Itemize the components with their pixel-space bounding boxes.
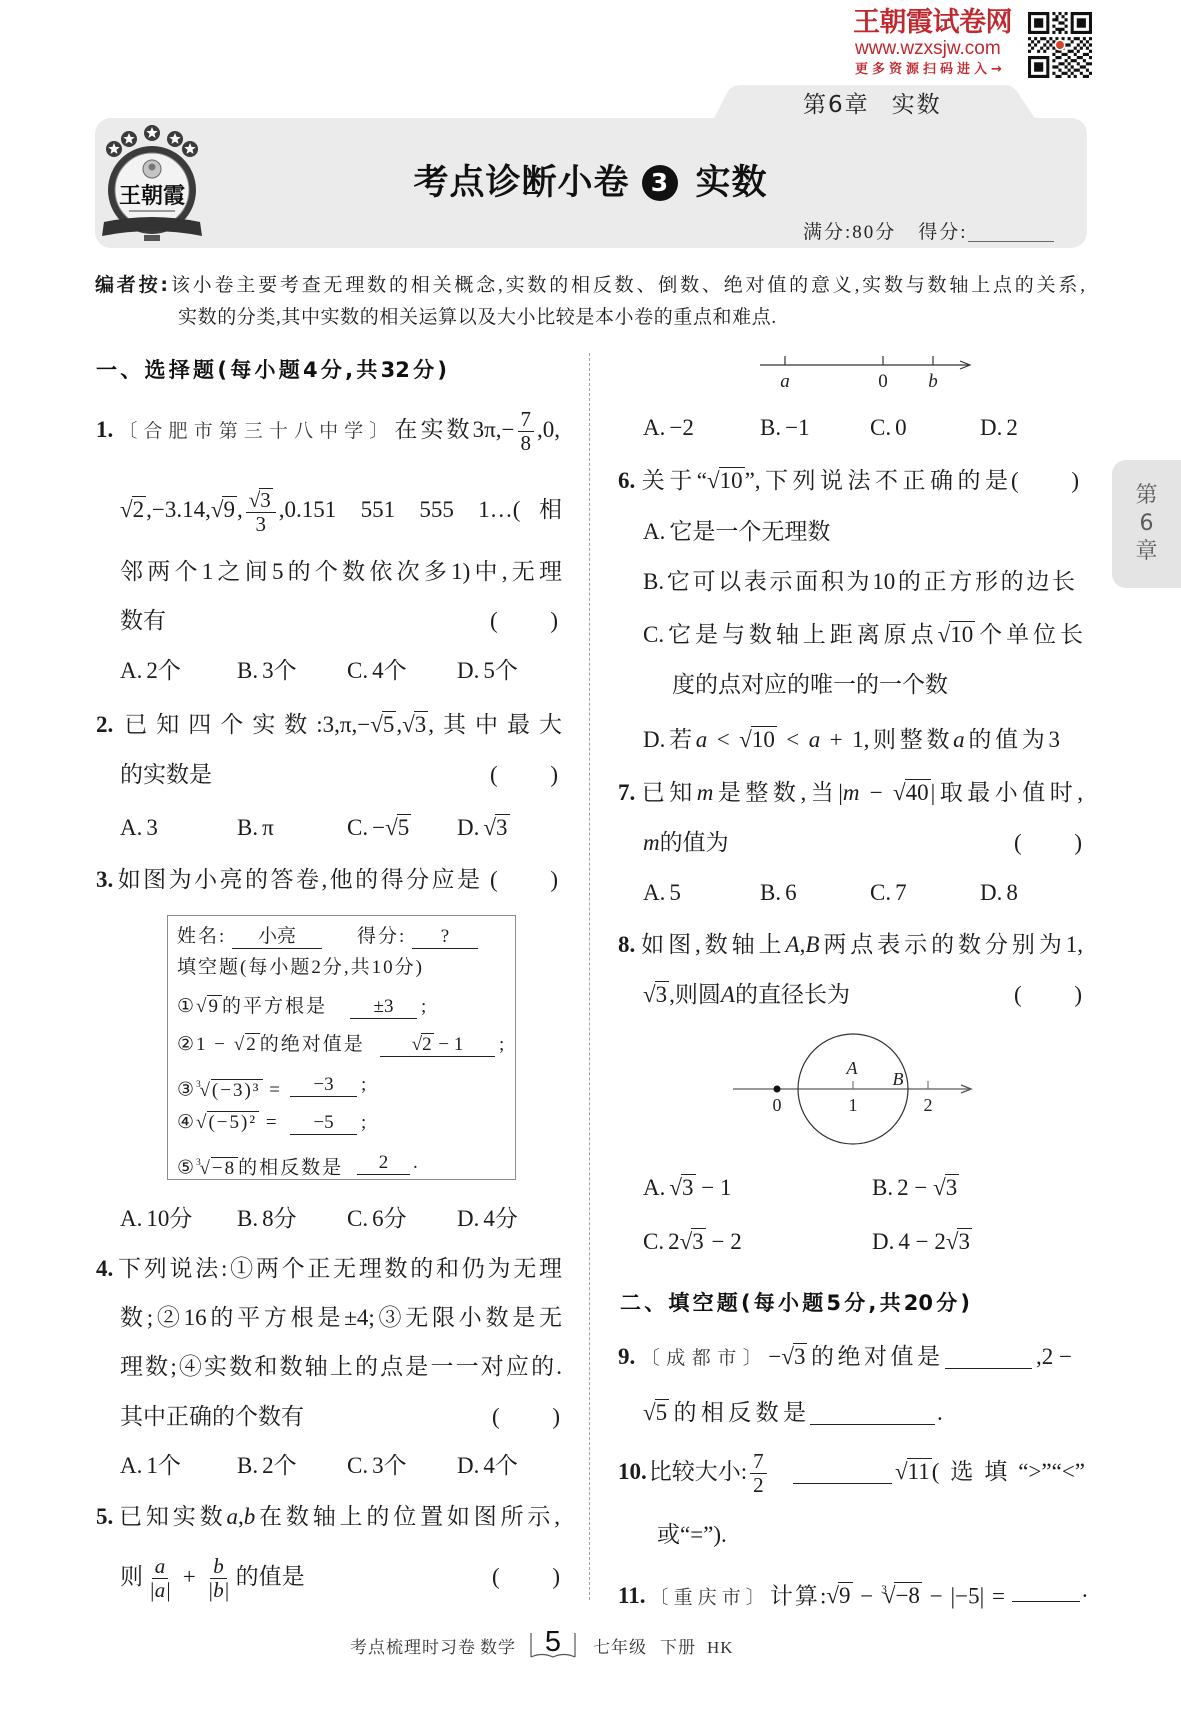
option-text: 的值为3 bbox=[965, 727, 1060, 752]
fraction-numerator: 7 bbox=[518, 408, 535, 432]
q3-option-a: A.10分 bbox=[120, 1203, 192, 1235]
score-label: 得分: bbox=[918, 222, 967, 243]
item-end: ; bbox=[421, 994, 428, 1020]
q9-line-1: 9.〔成都市〕−3的绝对值是 bbox=[618, 1341, 940, 1373]
q1-option-a: A.2个 bbox=[120, 655, 181, 687]
bracket-close: ) bbox=[552, 1561, 560, 1593]
option-label: D. bbox=[872, 1229, 894, 1254]
side-tab-bottom: 章 bbox=[1135, 538, 1157, 566]
answer-tail: − 1 bbox=[434, 1034, 464, 1055]
title-subject: 实数 bbox=[696, 163, 768, 203]
brand-url: www.wzxsjw.com bbox=[855, 39, 1001, 59]
option-label: D. bbox=[643, 727, 665, 752]
radicand: −8 bbox=[211, 1157, 238, 1178]
radicand: 5 bbox=[655, 1399, 670, 1424]
q1-text: ,−3.14, bbox=[146, 497, 211, 522]
option-value: 它可以表示面积为10的正方形的边长 bbox=[664, 569, 1075, 594]
q5-line-2: 则a|a| + b|b|的值是 bbox=[120, 1561, 305, 1593]
item-prefix: 1 − bbox=[196, 1034, 234, 1055]
bracket-close: ) bbox=[1074, 827, 1082, 859]
answer-bracket: () bbox=[490, 605, 558, 637]
q10-line-2: 或“=”). bbox=[657, 1519, 727, 1551]
option-value: 4个 bbox=[372, 658, 407, 683]
cube-root: 3−8 bbox=[881, 1583, 922, 1608]
radicand: 3 bbox=[414, 711, 429, 736]
section-title-fill-in: 二、填空题(每小题5分,共20分) bbox=[620, 1287, 970, 1319]
option-label: C. bbox=[643, 622, 664, 647]
fraction: b|b| bbox=[205, 1555, 233, 1602]
q7-option-b: B.6 bbox=[760, 877, 797, 909]
bracket-open: ( bbox=[490, 759, 498, 791]
q8-option-d: D.4 − 23 bbox=[872, 1226, 972, 1258]
sheet-answer-1: ±3 bbox=[350, 995, 417, 1019]
section-title-choice: 一、选择题(每小题4分,共32分) bbox=[96, 354, 447, 386]
tick-label-1: 1 bbox=[849, 1095, 858, 1115]
variable: b bbox=[244, 1504, 256, 1529]
editor-note-label: 编者按: bbox=[95, 274, 168, 296]
q7-text: |取最小值时, bbox=[931, 780, 1083, 805]
radicand: 2 bbox=[245, 1033, 260, 1054]
fraction: a|a| bbox=[146, 1555, 174, 1602]
q2-line-2: 的实数是 bbox=[120, 759, 212, 791]
variable: a bbox=[226, 1504, 238, 1529]
option-label: C. bbox=[347, 658, 368, 683]
square-root: 5 bbox=[385, 815, 411, 840]
radicand: 3 bbox=[793, 1343, 808, 1368]
item-marker: ② bbox=[177, 1034, 196, 1055]
fraction-denominator: 2 bbox=[750, 1474, 767, 1497]
radicand: −8 bbox=[894, 1582, 921, 1607]
option-label: B. bbox=[760, 415, 781, 440]
q10-answer-blank bbox=[793, 1458, 892, 1484]
sheet-answer-3: −3 bbox=[290, 1073, 357, 1097]
option-prefix: 4 − 2 bbox=[898, 1229, 945, 1254]
q6-option-b: B.它可以表示面积为10的正方形的边长 bbox=[643, 566, 1075, 598]
radicand: 5 bbox=[382, 711, 397, 736]
option-value: 3个 bbox=[262, 658, 297, 683]
option-value: 4分 bbox=[483, 1206, 518, 1231]
q1-text: 在实数3π,− bbox=[394, 417, 514, 442]
option-text: 若 bbox=[665, 727, 695, 752]
variable: a bbox=[809, 727, 821, 752]
square-root: 5 bbox=[643, 1400, 669, 1425]
option-value: 10分 bbox=[146, 1206, 192, 1231]
variable: a bbox=[953, 727, 965, 752]
radicand: (−3)³ bbox=[211, 1079, 263, 1100]
option-label: B. bbox=[872, 1175, 893, 1200]
q4-line-4: 其中正确的个数有 bbox=[120, 1401, 304, 1433]
option-value: 3 bbox=[146, 815, 158, 840]
fraction-numerator: a bbox=[152, 1555, 169, 1579]
option-prefix: 2 − bbox=[897, 1175, 933, 1200]
option-label: A. bbox=[643, 519, 665, 544]
item-text: = bbox=[263, 1080, 282, 1101]
q7-text: 是整数,当| bbox=[713, 780, 842, 805]
radicand: 3 bbox=[945, 1174, 960, 1199]
sheet-answer-2: 2 − 1 bbox=[380, 1033, 495, 1057]
q5-option-a: A.−2 bbox=[643, 412, 694, 444]
question-number: 2. bbox=[96, 712, 113, 737]
sheet-name-value: 小亮 bbox=[232, 925, 322, 949]
square-root: 3 bbox=[643, 982, 669, 1007]
option-value: 6分 bbox=[372, 1206, 407, 1231]
option-label: A. bbox=[120, 1206, 142, 1231]
question-number: 6. bbox=[618, 468, 635, 493]
q2-text-tail: ,其中最大 bbox=[428, 712, 562, 737]
q10-text: (选填“>”“<” bbox=[932, 1459, 1085, 1484]
option-label: D. bbox=[980, 415, 1002, 440]
question-number: 7. bbox=[618, 780, 635, 805]
option-label: A. bbox=[120, 658, 142, 683]
q1-option-c: C.4个 bbox=[347, 655, 407, 687]
point-label-b: B bbox=[893, 1069, 904, 1089]
q6-option-c-line-2: 度的点对应的唯一的一个数 bbox=[672, 669, 948, 701]
q8-text: ,则圆 bbox=[669, 982, 721, 1007]
answer-bracket: () bbox=[492, 1401, 560, 1433]
q4-line-1: 4.下列说法:①两个正无理数的和仍为无理 bbox=[96, 1253, 562, 1285]
item-text: 的相反数是 bbox=[238, 1158, 343, 1179]
sheet-score-value: ? bbox=[412, 925, 478, 949]
radicand: (−5)² bbox=[207, 1111, 259, 1132]
q9-text: 的绝对值是 bbox=[807, 1344, 940, 1369]
fraction-denominator: 8 bbox=[518, 432, 535, 455]
option-text: < bbox=[707, 727, 739, 752]
square-root: 3 bbox=[669, 1175, 695, 1200]
radicand: 5 bbox=[397, 814, 412, 839]
question-number: 8. bbox=[618, 932, 635, 957]
question-source: 〔合肥市第三十八中学〕 bbox=[115, 421, 394, 442]
square-root: 5 bbox=[370, 712, 396, 737]
q11-line-1: 11.〔重庆市〕计算:9 − 3−8 − |−5| = bbox=[618, 1574, 1005, 1606]
tick-label-0: 0 bbox=[773, 1095, 782, 1115]
radicand: 3 bbox=[691, 1228, 706, 1253]
option-label: B. bbox=[643, 569, 664, 594]
question-source: 〔重庆市〕 bbox=[647, 1587, 769, 1608]
point-label-b: b bbox=[928, 371, 938, 392]
q2-option-c: C.−5 bbox=[347, 812, 411, 844]
full-score: 满分:80分 bbox=[803, 222, 896, 243]
q9-text: − bbox=[768, 1344, 781, 1369]
option-label: B. bbox=[760, 880, 781, 905]
q8-text: 的直径长为 bbox=[735, 982, 850, 1007]
q1-text-tail: ,0, bbox=[537, 417, 560, 442]
footer-volume: 下册 bbox=[660, 1636, 696, 1660]
fraction-denominator: 3 bbox=[253, 513, 270, 536]
square-root: 10 bbox=[707, 468, 745, 493]
option-label: D. bbox=[457, 815, 479, 840]
square-root: 3 bbox=[946, 1229, 972, 1254]
item-text: 的平方根是 bbox=[222, 996, 327, 1017]
sheet-item-3: ③3(−3)³ = bbox=[177, 1072, 282, 1104]
brand-scan-hint: 更多资源扫码进入→ bbox=[855, 61, 1006, 79]
square-root: 3 bbox=[680, 1229, 706, 1254]
square-root: 10 bbox=[938, 622, 976, 647]
option-prefix: − bbox=[372, 815, 385, 840]
item-marker: ⑤ bbox=[177, 1158, 196, 1179]
option-value: 4个 bbox=[483, 1453, 518, 1478]
footer-edition: HK bbox=[707, 1636, 734, 1660]
q2-option-b: B.π bbox=[237, 812, 274, 844]
item-marker: ① bbox=[177, 996, 196, 1017]
option-label: C. bbox=[347, 815, 368, 840]
tick-label-2: 2 bbox=[924, 1095, 933, 1115]
variable: m bbox=[843, 780, 860, 805]
q1-text: , bbox=[237, 497, 243, 522]
sheet-item-1: ①9的平方根是 bbox=[177, 994, 327, 1020]
q9-answer-blank-2 bbox=[810, 1399, 935, 1425]
q4-text: 下列说法:①两个正无理数的和仍为无理 bbox=[115, 1256, 562, 1281]
radicand: 3 bbox=[957, 1228, 972, 1253]
q5-line-1: 5.已知实数a,b在数轴上的位置如图所示, bbox=[96, 1501, 560, 1533]
q1-line-4: 数有 bbox=[120, 605, 166, 637]
sheet-answer-5: 2 bbox=[357, 1151, 410, 1175]
q5-text: 已知实数 bbox=[115, 1504, 226, 1529]
option-value: 2 bbox=[1006, 415, 1018, 440]
radicand: 10 bbox=[719, 467, 745, 492]
option-value: 8 bbox=[1006, 880, 1018, 905]
q7-option-d: D.8 bbox=[980, 877, 1018, 909]
option-value: 5 bbox=[669, 880, 681, 905]
item-end: ; bbox=[361, 1110, 368, 1136]
option-label: B. bbox=[237, 815, 258, 840]
q3-option-b: B.8分 bbox=[237, 1203, 297, 1235]
option-label: B. bbox=[237, 658, 258, 683]
q9-end: . bbox=[937, 1397, 943, 1429]
option-label: B. bbox=[237, 1206, 258, 1231]
bracket-close: ) bbox=[1071, 465, 1079, 497]
q8-line-1: 8.如图,数轴上A,B两点表示的数分别为1, bbox=[618, 929, 1083, 961]
column-divider bbox=[589, 353, 590, 1600]
square-root: 2 bbox=[120, 497, 146, 522]
option-value: 8分 bbox=[262, 1206, 297, 1231]
bracket-open: ( bbox=[1011, 465, 1019, 497]
q11-text: − |−5| = bbox=[922, 1583, 1005, 1608]
q11-end: . bbox=[1082, 1574, 1088, 1606]
q1-option-b: B.3个 bbox=[237, 655, 297, 687]
option-label: D. bbox=[980, 880, 1002, 905]
paper-title: 考点诊断小卷3实数 bbox=[0, 162, 1181, 204]
sheet-item-4: ④(−5)² = bbox=[177, 1110, 279, 1136]
bracket-open: ( bbox=[492, 1561, 500, 1593]
q11-text: − bbox=[853, 1583, 882, 1608]
q3-option-c: C.6分 bbox=[347, 1203, 407, 1235]
sheet-name-label: 姓名: bbox=[177, 924, 226, 950]
option-value: 7 bbox=[895, 880, 907, 905]
fraction: 72 bbox=[750, 1450, 767, 1497]
chapter-number: 第6章 bbox=[803, 92, 870, 118]
q4-line-2: 数;②16的平方根是±4;③无限小数是无 bbox=[120, 1302, 562, 1334]
editor-note-line-2: 实数的分类,其中实数的相关运算以及大小比较是本小卷的重点和难点. bbox=[178, 304, 777, 332]
paper-number-badge: 3 bbox=[642, 165, 678, 201]
q3-option-d: D.4分 bbox=[457, 1203, 518, 1235]
radicand: 11 bbox=[907, 1458, 932, 1483]
q2-option-a: A.3 bbox=[120, 812, 158, 844]
answer-bracket: () bbox=[1011, 465, 1079, 497]
q8-option-c: C.23 − 2 bbox=[643, 1226, 742, 1258]
q8-line-2: 3,则圆A的直径长为 bbox=[643, 979, 850, 1011]
q7-text: 的值为 bbox=[660, 830, 729, 855]
option-value: 3个 bbox=[372, 1453, 407, 1478]
bracket-close: ) bbox=[552, 1401, 560, 1433]
option-label: A. bbox=[643, 1175, 665, 1200]
q9-line-2: 5的相反数是 bbox=[643, 1397, 806, 1429]
q4-line-3: 理数;④实数和数轴上的点是一一对应的. bbox=[120, 1351, 562, 1383]
q4-option-b: B.2个 bbox=[237, 1450, 297, 1482]
square-root: 2 bbox=[412, 1034, 434, 1055]
item-end: ; bbox=[499, 1032, 506, 1058]
sheet-score-label: 得分: bbox=[357, 924, 406, 950]
variable: B bbox=[805, 932, 819, 957]
q5-option-c: C.0 bbox=[870, 412, 907, 444]
fraction: 33 bbox=[246, 488, 276, 536]
cube-root: 3−8 bbox=[196, 1158, 238, 1179]
bracket-close: ) bbox=[1074, 979, 1082, 1011]
q8-option-a: A.3 − 1 bbox=[643, 1172, 731, 1204]
q7-line-2: m的值为 bbox=[643, 827, 729, 859]
answer-bracket: () bbox=[492, 1561, 560, 1593]
q10-line-1-tail: 11(选填“>”“<” bbox=[895, 1456, 1085, 1488]
q5-number-line: a 0 b bbox=[755, 345, 980, 395]
question-source: 〔成都市〕 bbox=[637, 1348, 768, 1369]
footer-grade: 七年级 bbox=[593, 1636, 647, 1660]
option-value: 2个 bbox=[146, 658, 181, 683]
radicand: 3 bbox=[495, 814, 510, 839]
item-text: 的绝对值是 bbox=[260, 1034, 365, 1055]
option-label: D. bbox=[457, 1453, 479, 1478]
option-label: D. bbox=[457, 1206, 479, 1231]
q3-line-1: 3.如图为小亮的答卷,他的得分应是 bbox=[96, 864, 480, 896]
q6-line-1: 6.关于“10”,下列说法不正确的是 bbox=[618, 465, 1008, 497]
option-tail: − 1 bbox=[696, 1175, 732, 1200]
q8-circle-number-line-figure: 0 1 2 A B bbox=[725, 1025, 980, 1155]
q2-text: 已知四个实数:3,π,− bbox=[115, 712, 370, 737]
q1-line-3: 邻两个1之间5的个数依次多1)中,无理 bbox=[120, 556, 562, 588]
editor-note-line-1: 编者按:该小卷主要考查无理数的相关概念,实数的相反数、倒数、绝对值的意义,实数与… bbox=[95, 271, 1085, 299]
option-label: A. bbox=[120, 1453, 142, 1478]
square-root: 3 bbox=[781, 1344, 807, 1369]
footer-series: 考点梳理时习卷 bbox=[350, 1636, 476, 1660]
fraction-denominator: |a| bbox=[146, 1579, 174, 1602]
q7-line-1: 7.已知m是整数,当|m − 40|取最小值时, bbox=[618, 777, 1083, 809]
answer-bracket: () bbox=[490, 864, 558, 896]
radicand: 10 bbox=[949, 621, 975, 646]
radicand: 10 bbox=[751, 726, 777, 751]
q6-text: 关于“ bbox=[637, 468, 707, 493]
fraction-numerator: b bbox=[210, 1555, 227, 1579]
square-root: 10 bbox=[739, 727, 777, 752]
bracket-open: ( bbox=[492, 1401, 500, 1433]
q8-text: 如图,数轴上 bbox=[637, 932, 785, 957]
variable: A bbox=[721, 982, 735, 1007]
option-label: A. bbox=[643, 880, 665, 905]
footer-subject: 数学 bbox=[480, 1636, 516, 1660]
option-label: C. bbox=[347, 1206, 368, 1231]
answer-bracket: () bbox=[1014, 979, 1082, 1011]
item-end: . bbox=[413, 1150, 420, 1176]
option-label: A. bbox=[120, 815, 142, 840]
square-root: (−5)² bbox=[196, 1112, 259, 1133]
option-text: + 1,则整数 bbox=[820, 727, 953, 752]
radicand: 3 bbox=[259, 488, 273, 511]
q10-line-1: 10.比较大小:72 bbox=[618, 1456, 770, 1488]
page-number: 5 bbox=[538, 1625, 568, 1659]
bracket-close: ) bbox=[550, 759, 558, 791]
variable: m bbox=[643, 830, 660, 855]
option-value: π bbox=[262, 815, 274, 840]
q7-text: − bbox=[859, 780, 893, 805]
chapter-topic: 实数 bbox=[892, 92, 942, 118]
q7-option-c: C.7 bbox=[870, 877, 907, 909]
option-label: C. bbox=[347, 1453, 368, 1478]
side-tab-top: 第 bbox=[1135, 482, 1157, 510]
option-text: 它是与数轴上距离原点 bbox=[664, 622, 937, 647]
option-value: 5个 bbox=[483, 658, 518, 683]
option-value: 它是一个无理数 bbox=[669, 519, 830, 544]
bracket-open: ( bbox=[1014, 979, 1022, 1011]
option-label: C. bbox=[643, 1229, 664, 1254]
q2-line-1: 2.已知四个实数:3,π,−5,3,其中最大 bbox=[96, 709, 562, 741]
option-value: −1 bbox=[785, 415, 809, 440]
bracket-open: ( bbox=[490, 864, 498, 896]
brand-name: 王朝霞试卷网 bbox=[853, 8, 1012, 38]
score-blank bbox=[968, 222, 1054, 242]
q3-text: 如图为小亮的答卷,他的得分应是 bbox=[115, 867, 480, 892]
cube-root: 3(−3)³ bbox=[196, 1080, 262, 1101]
bracket-close: ) bbox=[550, 605, 558, 637]
square-root: 3 bbox=[933, 1175, 959, 1200]
q4-option-c: C.3个 bbox=[347, 1450, 407, 1482]
q5-text: 在数轴上的位置如图所示, bbox=[255, 1504, 560, 1529]
q6-text: ”,下列说法不正确的是 bbox=[745, 468, 1008, 493]
radicand: 2 bbox=[132, 496, 147, 521]
fraction-numerator: 7 bbox=[750, 1450, 767, 1474]
q8-option-b: B.2 − 3 bbox=[872, 1172, 959, 1204]
q9-text-tail: ,2 − bbox=[1036, 1341, 1072, 1373]
option-text: 个单位长 bbox=[975, 622, 1083, 647]
q9-answer-blank-1 bbox=[945, 1343, 1032, 1369]
q7-option-a: A.5 bbox=[643, 877, 681, 909]
q5-text: 则 bbox=[120, 1564, 143, 1589]
variable: m bbox=[697, 780, 714, 805]
q10-text: 比较大小: bbox=[649, 1459, 747, 1484]
variable: A bbox=[786, 932, 800, 957]
option-value: 0 bbox=[895, 415, 907, 440]
variable: a bbox=[696, 727, 708, 752]
square-root: 11 bbox=[895, 1459, 932, 1484]
sheet-answer-4: −5 bbox=[290, 1111, 357, 1135]
side-tab-number: 6 bbox=[1140, 510, 1154, 538]
question-number: 11. bbox=[618, 1583, 645, 1608]
radicand: 3 bbox=[681, 1174, 696, 1199]
bracket-open: ( bbox=[490, 605, 498, 637]
radicand: 2 bbox=[421, 1033, 434, 1054]
item-end: ; bbox=[361, 1072, 368, 1098]
q5-option-d: D.2 bbox=[980, 412, 1018, 444]
option-label: C. bbox=[870, 415, 891, 440]
square-root: 3 bbox=[249, 488, 273, 512]
q11-answer-blank bbox=[1012, 1576, 1080, 1602]
q11-text: 计算: bbox=[770, 1583, 827, 1608]
option-text: < bbox=[777, 727, 809, 752]
option-label: B. bbox=[237, 1453, 258, 1478]
chapter-tab: 第6章实数 bbox=[803, 90, 942, 120]
square-root: 2 bbox=[234, 1034, 260, 1055]
option-tail: − 2 bbox=[706, 1229, 742, 1254]
square-root: 9 bbox=[211, 497, 237, 522]
exam-page: 王朝霞试卷网 www.wzxsjw.com 更多资源扫码进入→ 第6章实数 bbox=[0, 0, 1181, 1730]
sheet-item-2: ②1 − 2的绝对值是 bbox=[177, 1032, 365, 1058]
q1-option-d: D.5个 bbox=[457, 655, 518, 687]
